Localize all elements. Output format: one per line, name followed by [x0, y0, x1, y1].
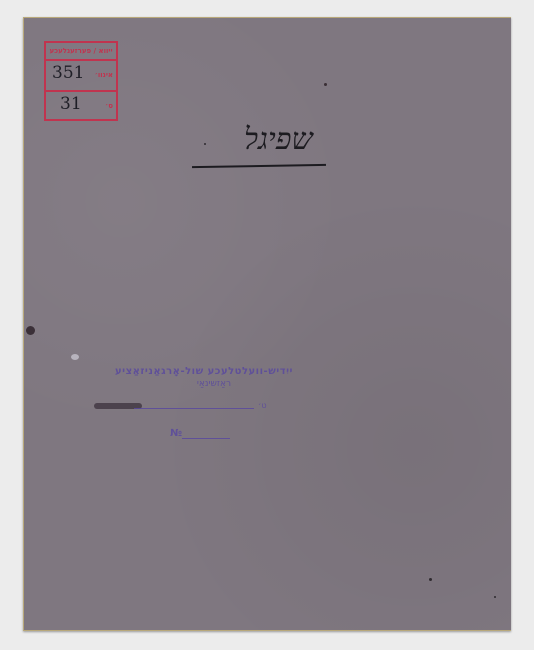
institutional-stamp: ייִדיש-וועלטלעכע שול-אָרגאַניזאַציע ראַז… — [94, 366, 294, 389]
institutional-stamp-number-line — [182, 438, 230, 439]
institutional-stamp-line2: ראַזשינאַי — [134, 379, 294, 389]
institutional-stamp-number-label: № — [170, 428, 182, 439]
document-cover: ייווא / פערזענלעכע אינוו׳ 351 ס׳ 31 שפיג… — [23, 17, 511, 631]
paper-speck — [204, 143, 206, 145]
paper-spot — [71, 354, 79, 360]
paper-speck — [324, 83, 327, 86]
paper-speck — [429, 578, 432, 581]
institutional-stamp-line1: ייִדיש-וועלטלעכע שול-אָרגאַניזאַציע — [114, 366, 294, 377]
hole-mark — [26, 326, 35, 335]
archive-stamp-folder-row: ס׳ 31 — [46, 92, 116, 121]
paper-speck — [494, 596, 496, 598]
folder-label: ס׳ — [105, 102, 113, 110]
archive-stamp-inventory-row: אינוו׳ 351 — [46, 61, 116, 92]
institutional-stamp-field-line — [134, 408, 254, 409]
institutional-stamp-field-label: ט׳ — [258, 401, 267, 410]
inventory-number: 351 — [52, 63, 84, 83]
archive-stamp: ייווא / פערזענלעכע אינוו׳ 351 ס׳ 31 — [44, 41, 118, 121]
handwritten-title: שפיגל — [244, 122, 313, 157]
inventory-label: אינוו׳ — [95, 71, 113, 79]
archive-stamp-header: ייווא / פערזענלעכע — [46, 43, 116, 61]
title-underline — [192, 164, 326, 168]
folder-number: 31 — [60, 94, 82, 114]
